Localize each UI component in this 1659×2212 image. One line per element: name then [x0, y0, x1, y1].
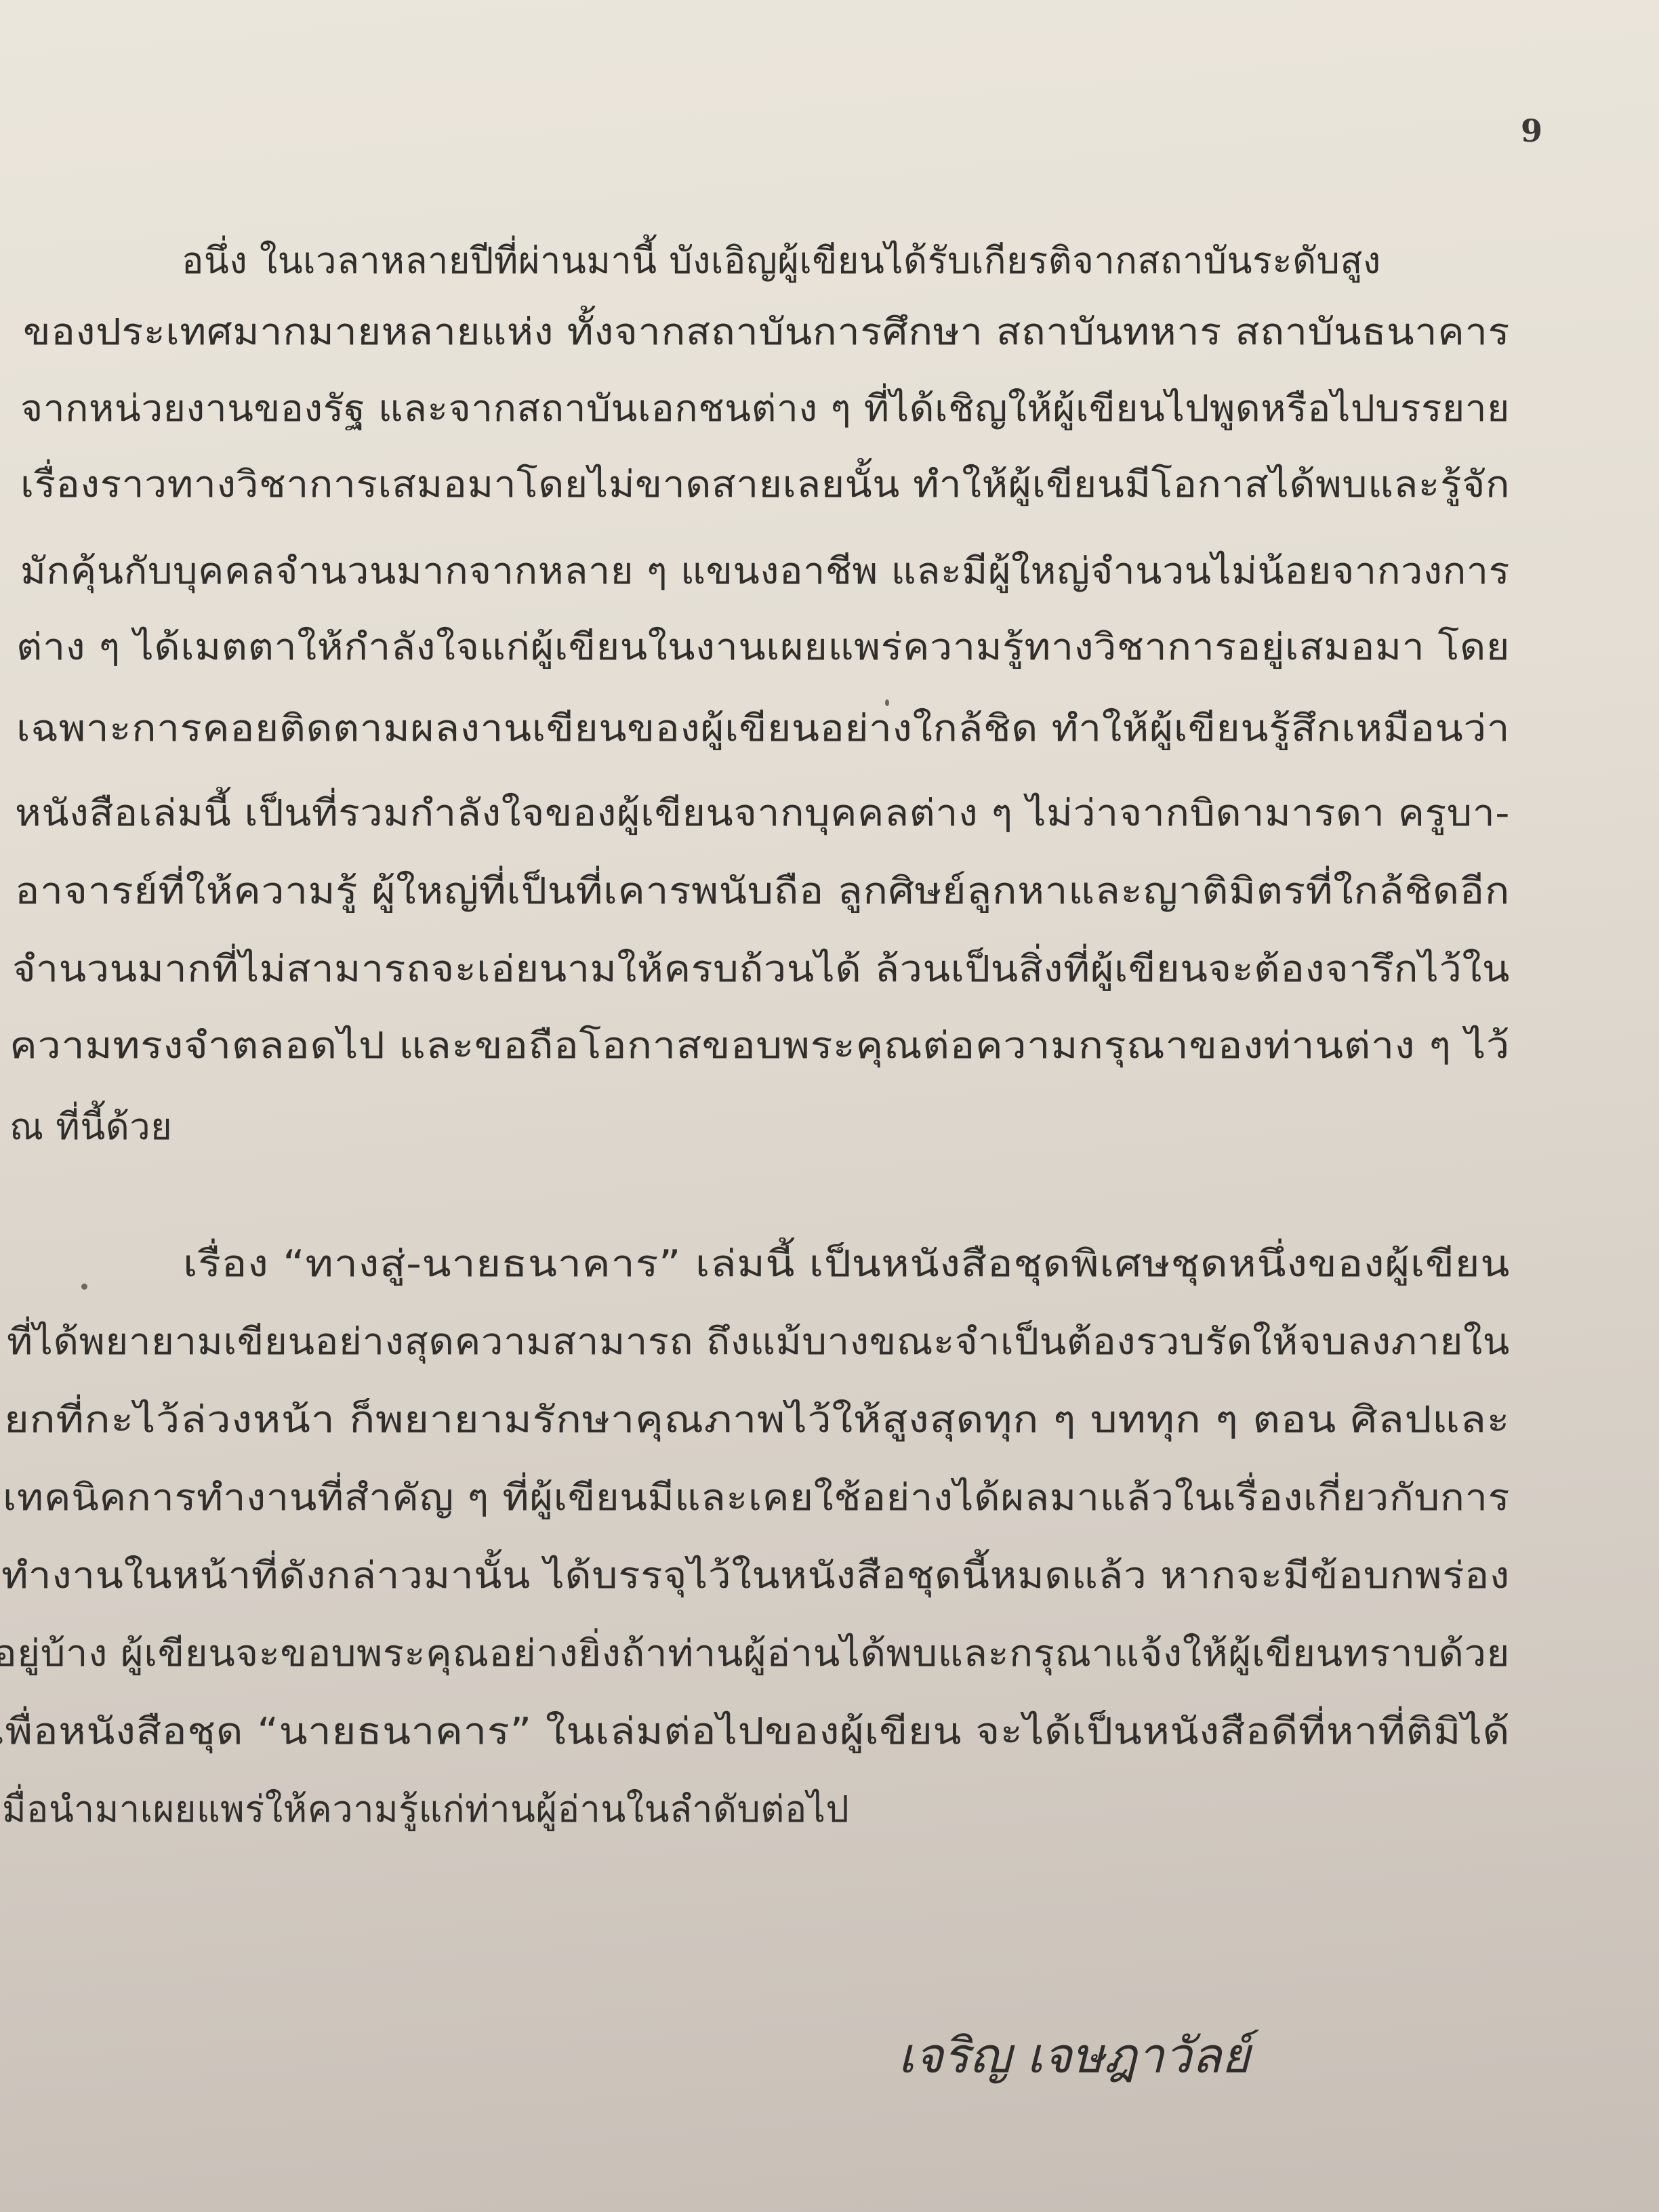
text-line: เพื่อหนังสือชุด “นายธนาคาร” ในเล่มต่อไปข… — [0, 1708, 1510, 1755]
text-line: จากหน่วยงานของรัฐ และจากสถาบันเอกชนต่าง … — [20, 385, 1510, 432]
author-signature: เจริญ เจษฎาวัลย์ — [898, 2016, 1250, 2094]
ink-speck — [885, 699, 889, 706]
text-line: ทำงานในหน้าที่ดังกล่าวมานั้น ได้บรรจุไว้… — [1, 1552, 1510, 1599]
text-line: เรื่อง “ทางสู่-นายธนาคาร” เล่มนี้ เป็นหน… — [183, 1240, 1510, 1288]
text-line: อนึ่ง ในเวลาหลายปีที่ผ่านมานี้ บังเอิญผู… — [182, 237, 1510, 285]
text-line: ที่ได้พยายามเขียนอย่างสุดความสามารถ ถึงแ… — [7, 1318, 1510, 1366]
text-line: ต่าง ๆ ได้เมตตาให้กำลังใจแก่ผู้เขียนในงา… — [16, 623, 1510, 671]
text-line: อยู่บ้าง ผู้เขียนจะขอบพระคุณอย่างยิ่งถ้า… — [0, 1630, 1510, 1677]
ink-speck — [81, 1284, 87, 1290]
text-line: หนังสือเล่มนี้ เป็นที่รวมกำลังใจของผู้เข… — [15, 790, 1510, 837]
text-line: ณ ที่นี้ด้วย — [9, 1103, 172, 1151]
text-line: มักคุ้นกับบุคคลจำนวนมากจากหลาย ๆ แขนงอาช… — [20, 548, 1510, 595]
text-line: เรื่องราวทางวิชาการเสมอมาโดยไม่ขาดสายเลย… — [20, 461, 1510, 508]
text-line: ของประเทศมากมายหลายแห่ง ทั้งจากสถาบันการ… — [23, 308, 1510, 356]
text-line: ความทรงจำตลอดไป และขอถือโอกาสขอบพระคุณต่… — [9, 1022, 1510, 1069]
text-line: เฉพาะการคอยติดตามผลงานเขียนของผู้เขียนอย… — [16, 705, 1510, 752]
book-page: 9 อนึ่ง ในเวลาหลายปีที่ผ่านมานี้ บังเอิญ… — [0, 0, 1659, 2212]
text-line: จำนวนมากที่ไม่สามารถจะเอ่ยนามให้ครบถ้วนไ… — [12, 945, 1510, 993]
page-number: 9 — [1521, 112, 1542, 149]
text-line: อาจารย์ที่ให้ความรู้ ผู้ใหญ่ที่เป็นที่เค… — [15, 867, 1510, 915]
text-line: ยกที่กะไว้ล่วงหน้า ก็พยายามรักษาคุณภาพไว… — [4, 1396, 1510, 1443]
text-line: เมื่อนำมาเผยแพร่ให้ความรู้แก่ท่านผู้อ่าน… — [0, 1786, 849, 1833]
text-line: เทคนิคการทำงานที่สำคัญ ๆ ที่ผู้เขียนมีแล… — [3, 1474, 1510, 1521]
